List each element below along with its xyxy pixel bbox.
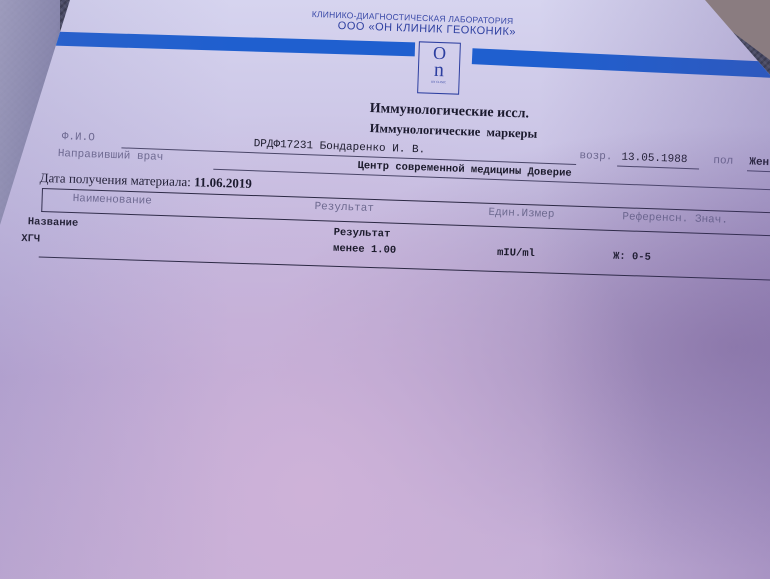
test-unit: mIU/ml [497, 247, 535, 260]
dob-value: 13.05.1988 [621, 152, 687, 166]
test-result: менее 1.00 [333, 243, 396, 257]
clinic-logo: O n ON CLINIC [417, 41, 461, 94]
section-title: Иммунологические иссл. [369, 101, 529, 123]
sex-label: пол [713, 155, 733, 168]
subheader-result: Результат [333, 227, 390, 241]
doctor-label: Направивший врач [58, 148, 164, 164]
table-bottom-rule [39, 257, 770, 281]
header-unit: Един.Измер [488, 207, 554, 221]
sex-value: Жен [749, 156, 769, 169]
date-value: 11.06.2019 [194, 174, 252, 191]
logo-n-glyph: n [434, 61, 445, 79]
results-table-header: Наименование Результат Един.Измер Рефере… [41, 188, 770, 237]
dob-label: возр. [579, 150, 612, 163]
test-reference: Ж: 0-5 [613, 251, 651, 264]
logo-caption: ON CLINIC [431, 80, 446, 85]
header-name: Наименование [72, 193, 152, 208]
header-stripe-right [472, 48, 770, 78]
lab-report-sheet: Клинико-диагностическая лаборатория ООО … [0, 0, 770, 579]
subsection-title: Иммунологические маркеры [369, 121, 537, 142]
dob-underline [617, 166, 699, 170]
date-label: Дата получения материала: [40, 170, 191, 189]
header-reference: Референсн. Знач. [622, 211, 728, 226]
test-name: ХГЧ [21, 233, 40, 246]
fio-label: Ф.И.О [62, 131, 95, 144]
header-stripe-left [55, 32, 415, 57]
header-result: Результат [314, 201, 374, 215]
sex-underline [747, 170, 770, 172]
subheader-name: Название [28, 216, 79, 230]
